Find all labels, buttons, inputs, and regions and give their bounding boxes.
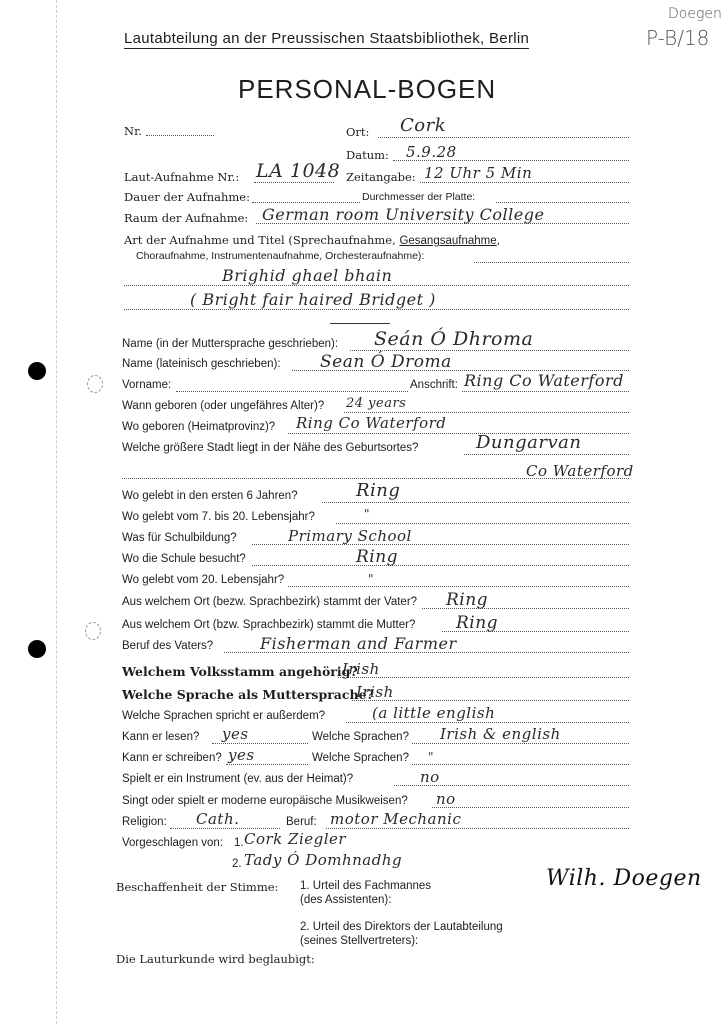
- stadt-value-line2: Co Waterford: [526, 462, 634, 480]
- fold-line: [56, 0, 57, 1024]
- schreiben-sprachen-field[interactable]: [412, 764, 629, 765]
- name-mutter-field[interactable]: [350, 350, 629, 351]
- geboren-wann-value: 24 years: [346, 396, 406, 411]
- name-latein-label: Name (lateinisch geschrieben):: [122, 358, 281, 370]
- gelebt-20-label: Wo gelebt vom 20. Lebensjahr?: [122, 574, 284, 586]
- musikweisen-label: Singt oder spielt er moderne europäische…: [122, 795, 408, 807]
- signature: Wilh. Doegen: [546, 866, 702, 891]
- laut-aufnahme-value: LA 1048: [256, 160, 340, 182]
- religion-label: Religion:: [122, 816, 167, 828]
- vorgeschlagen-value1: Cork Ziegler: [244, 830, 346, 848]
- geboren-wo-value: Ring Co Waterford: [296, 414, 446, 432]
- datum-label: Datum:: [346, 148, 389, 162]
- vorgeschlagen-value2: Tady Ó Domhnadhg: [244, 851, 402, 869]
- gelebt-20-value: ": [368, 572, 374, 586]
- instrument-value: no: [420, 768, 440, 786]
- stimme-item2-line1: 2. Urteil des Direktors der Lautabteilun…: [300, 921, 503, 933]
- volksstamm-label: Welchem Volksstamm angehörig?: [122, 664, 358, 679]
- anschrift-field[interactable]: [462, 391, 629, 392]
- gelebt-7-20-label: Wo gelebt vom 7. bis 20. Lebensjahr?: [122, 511, 315, 523]
- nr-field[interactable]: [146, 135, 214, 136]
- anschrift-label: Anschrift:: [410, 379, 458, 391]
- musikweisen-field[interactable]: [432, 807, 629, 808]
- mutter-ort-label: Aus welchem Ort (bzw. Sprachbezirk) stam…: [122, 619, 415, 631]
- zeitangabe-field[interactable]: [420, 182, 629, 183]
- vater-ort-value: Ring: [446, 590, 488, 610]
- vorgeschlagen-num1: 1.: [234, 837, 244, 849]
- title-field-line1[interactable]: [124, 285, 629, 286]
- schreiben-value: yes: [228, 746, 255, 764]
- geboren-wo-label: Wo geboren (Heimatprovinz)?: [122, 421, 275, 433]
- song-title-english: ( Bright fair haired Bridget ): [190, 290, 436, 309]
- vorname-field[interactable]: [176, 391, 408, 392]
- page-title: PERSONAL-BOGEN: [238, 74, 496, 105]
- gelebt-7-20-field[interactable]: [336, 523, 629, 524]
- art-label-prefix: Art der Aufnahme und Titel (Sprechaufnah…: [124, 233, 399, 247]
- archive-note-name: Doegen: [668, 6, 722, 22]
- schulbildung-label: Was für Schulbildung?: [122, 532, 237, 544]
- art-field[interactable]: [474, 262, 629, 263]
- ort-field[interactable]: [378, 137, 629, 138]
- lesen-label: Kann er lesen?: [122, 731, 199, 743]
- dauer-label: Dauer der Aufnahme:: [124, 190, 250, 204]
- schule-value: Ring: [356, 547, 398, 567]
- schreiben-sprachen-value: ": [428, 750, 434, 764]
- sprachen-ausserdem-field[interactable]: [346, 722, 629, 723]
- vorname-label: Vorname:: [122, 379, 171, 391]
- institution-header: Lautabteilung an der Preussischen Staats…: [124, 30, 529, 49]
- nr-label: Nr.: [124, 124, 142, 138]
- raum-value: German room University College: [262, 205, 544, 224]
- schreiben-sprachen-label: Welche Sprachen?: [312, 752, 409, 764]
- lesen-sprachen-label: Welche Sprachen?: [312, 731, 409, 743]
- lesen-value: yes: [222, 725, 249, 743]
- separator: [330, 323, 390, 324]
- name-latein-value: Sean Ó Droma: [320, 352, 452, 372]
- volksstamm-value: Irish: [342, 660, 380, 678]
- art-label-post: ,: [497, 233, 501, 247]
- stadt-value: Dungarvan: [476, 432, 581, 453]
- beruf-value: motor Mechanic: [330, 810, 461, 828]
- stimme-item1-line2: (des Assistenten):: [300, 894, 391, 906]
- sprachen-ausserdem-value: (a little english: [372, 704, 495, 722]
- art-label-line2: Choraufnahme, Instrumentenaufnahme, Orch…: [136, 250, 424, 262]
- lesen-sprachen-field[interactable]: [412, 743, 629, 744]
- vater-ort-label: Aus welchem Ort (bezw. Sprachbezirk) sta…: [122, 596, 417, 608]
- mutter-ort-value: Ring: [456, 613, 498, 633]
- archive-note-ref: P-B/18: [646, 26, 709, 50]
- stimme-label: Beschaffenheit der Stimme:: [116, 880, 278, 894]
- schreiben-field[interactable]: [226, 764, 308, 765]
- gelebt-6-value: Ring: [356, 480, 400, 501]
- laut-aufnahme-label: Laut-Aufnahme Nr.:: [124, 170, 239, 184]
- gelebt-6-label: Wo gelebt in den ersten 6 Jahren?: [122, 490, 298, 502]
- religion-field[interactable]: [170, 828, 280, 829]
- stadt-label: Welche größere Stadt liegt in der Nähe d…: [122, 442, 418, 454]
- gelebt-7-20-value: ": [364, 507, 370, 521]
- lesen-field[interactable]: [212, 743, 308, 744]
- datum-value: 5.9.28: [406, 143, 457, 161]
- vorgeschlagen-num2: 2.: [232, 858, 242, 870]
- musikweisen-value: no: [436, 790, 456, 808]
- muttersprache-value: Irish: [356, 683, 394, 701]
- zeitangabe-label: Zeitangabe:: [346, 170, 416, 184]
- sprachen-ausserdem-label: Welche Sprachen spricht er außerdem?: [122, 710, 325, 722]
- stadt-field[interactable]: [464, 454, 629, 455]
- zeitangabe-value: 12 Uhr 5 Min: [424, 164, 532, 182]
- margin-ring-mark: [85, 622, 101, 640]
- ort-label: Ort:: [346, 125, 369, 139]
- punch-hole-top: [28, 362, 46, 380]
- art-label-line1: Art der Aufnahme und Titel (Sprechaufnah…: [124, 233, 500, 247]
- punch-hole-bottom: [28, 640, 46, 658]
- muttersprache-label: Welche Sprache als Muttersprache?: [122, 687, 374, 702]
- volksstamm-field[interactable]: [338, 677, 629, 678]
- instrument-label: Spielt er ein Instrument (ev. aus der He…: [122, 773, 353, 785]
- durchmesser-field[interactable]: [496, 202, 629, 203]
- beruf-vater-value: Fisherman and Farmer: [260, 634, 457, 653]
- religion-value: Cath.: [196, 810, 239, 828]
- margin-ring-mark: [87, 375, 103, 393]
- stimme-item2-line2: (seines Stellvertreters):: [300, 935, 418, 947]
- schule-label: Wo die Schule besucht?: [122, 553, 246, 565]
- gelebt-6-field[interactable]: [322, 502, 629, 503]
- name-mutter-value: Seán Ó Dhroma: [374, 328, 533, 350]
- title-field-line2[interactable]: [124, 309, 629, 310]
- schule-field[interactable]: [252, 565, 629, 566]
- art-selected-type: Gesangsaufnahme: [399, 235, 496, 247]
- geboren-wann-label: Wann geboren (oder ungefähres Alter)?: [122, 400, 324, 412]
- anschrift-value: Ring Co Waterford: [464, 371, 624, 390]
- song-title-irish: Brighid ghael bhain: [222, 266, 392, 285]
- beruf-label: Beruf:: [286, 816, 317, 828]
- ort-value: Cork: [400, 115, 446, 136]
- stimme-item1-line1: 1. Urteil des Fachmannes: [300, 880, 431, 892]
- name-mutter-label: Name (in der Muttersprache geschrieben):: [122, 338, 338, 350]
- beglaubigt-label: Die Lauturkunde wird beglaubigt:: [116, 952, 315, 966]
- geboren-wann-field[interactable]: [344, 412, 629, 413]
- vorgeschlagen-label: Vorgeschlagen von:: [122, 837, 223, 849]
- dauer-field[interactable]: [252, 202, 360, 203]
- beruf-field[interactable]: [326, 828, 629, 829]
- raum-label: Raum der Aufnahme:: [124, 211, 248, 225]
- lesen-sprachen-value: Irish & english: [440, 725, 561, 743]
- beruf-vater-label: Beruf des Vaters?: [122, 640, 213, 652]
- schreiben-label: Kann er schreiben?: [122, 752, 222, 764]
- laut-aufnahme-field[interactable]: [254, 182, 334, 183]
- schulbildung-value: Primary School: [288, 527, 412, 545]
- durchmesser-label: Durchmesser der Platte:: [362, 191, 475, 203]
- gelebt-20-field[interactable]: [288, 586, 629, 587]
